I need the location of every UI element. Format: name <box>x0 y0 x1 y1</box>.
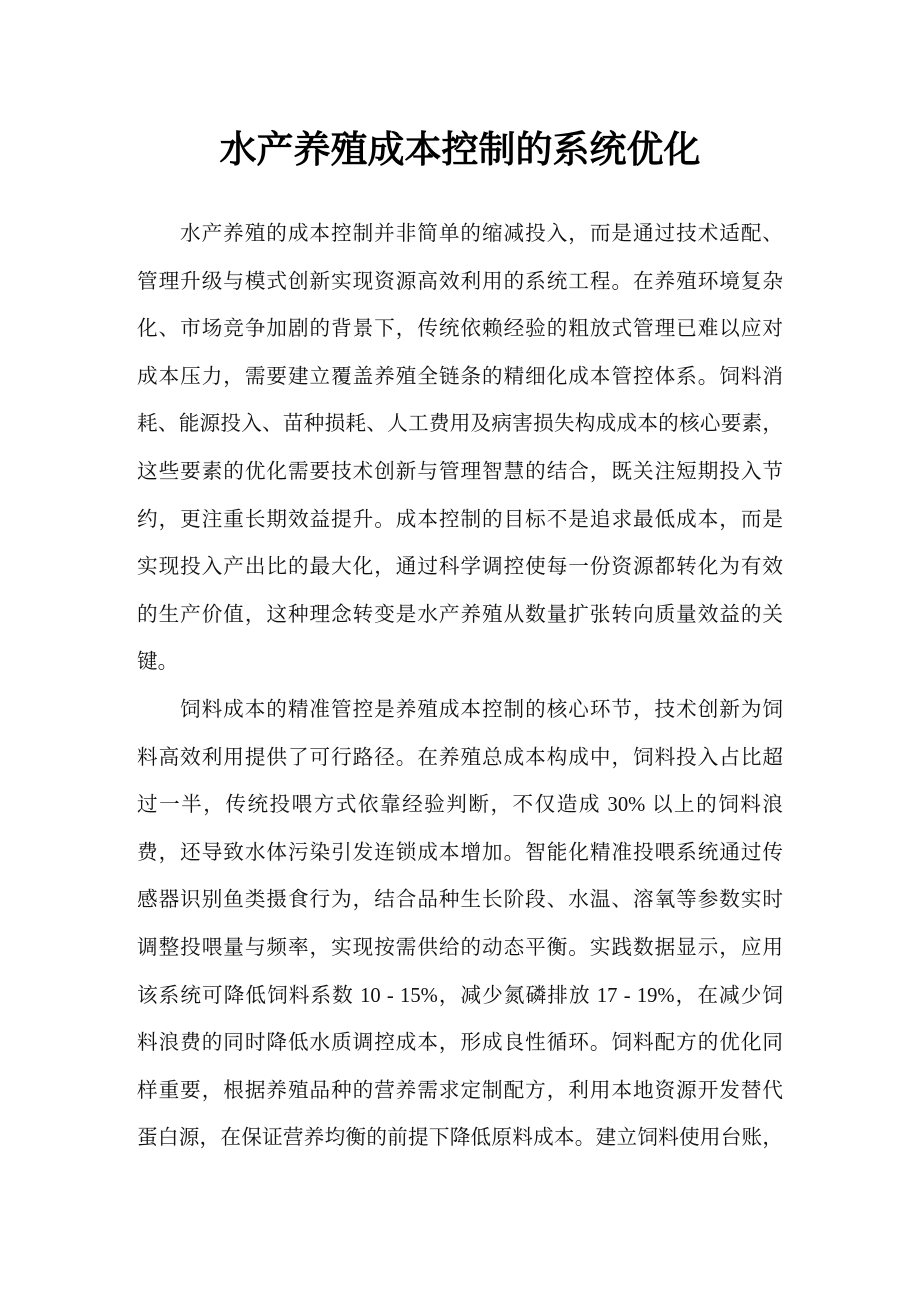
doc-line: 化、市场竞争加剧的背景下，传统依赖经验的粗放式管理已难以应对 <box>137 306 783 354</box>
doc-line: 耗、能源投入、苗种损耗、人工费用及病害损失构成成本的核心要素， <box>137 401 783 449</box>
doc-line: 该系统可降低饲料系数 10 - 15%，减少氮磷排放 17 - 19%，在减少饲 <box>137 973 783 1021</box>
doc-line: 样重要，根据养殖品种的营养需求定制配方，利用本地资源开发替代 <box>137 1068 783 1116</box>
doc-line: 这些要素的优化需要技术创新与管理智慧的结合，既关注短期投入节 <box>137 449 783 497</box>
doc-line: 水产养殖的成本控制并非简单的缩减投入，而是通过技术适配、 <box>137 211 783 259</box>
doc-line: 费，还导致水体污染引发连锁成本增加。智能化精准投喂系统通过传 <box>137 830 783 878</box>
doc-line: 成本压力，需要建立覆盖养殖全链条的精细化成本管控体系。饲料消 <box>137 354 783 402</box>
doc-line: 约，更注重长期效益提升。成本控制的目标不是追求最低成本，而是 <box>137 497 783 545</box>
doc-line: 料浪费的同时降低水质调控成本，形成良性循环。饲料配方的优化同 <box>137 1020 783 1068</box>
doc-line: 感器识别鱼类摄食行为，结合品种生长阶段、水温、溶氧等参数实时 <box>137 877 783 925</box>
doc-line: 蛋白源，在保证营养均衡的前提下降低原料成本。建立饲料使用台账， <box>137 1115 783 1163</box>
document-title: 水产养殖成本控制的系统优化 <box>0 0 920 174</box>
document-body: 水产养殖的成本控制并非简单的缩减投入，而是通过技术适配、 管理升级与模式创新实现… <box>137 211 783 1163</box>
doc-line: 调整投喂量与频率，实现按需供给的动态平衡。实践数据显示，应用 <box>137 925 783 973</box>
doc-line: 键。 <box>137 639 783 687</box>
doc-line: 管理升级与模式创新实现资源高效利用的系统工程。在养殖环境复杂 <box>137 259 783 307</box>
doc-line: 过一半，传统投喂方式依靠经验判断，不仅造成 30% 以上的饲料浪 <box>137 782 783 830</box>
document-page: 水产养殖成本控制的系统优化 水产养殖的成本控制并非简单的缩减投入，而是通过技术适… <box>0 0 920 1302</box>
doc-line: 的生产价值，这种理念转变是水产养殖从数量扩张转向质量效益的关 <box>137 592 783 640</box>
doc-line: 实现投入产出比的最大化，通过科学调控使每一份资源都转化为有效 <box>137 544 783 592</box>
doc-line: 料高效利用提供了可行路径。在养殖总成本构成中，饲料投入占比超 <box>137 735 783 783</box>
doc-line: 饲料成本的精准管控是养殖成本控制的核心环节，技术创新为饲 <box>137 687 783 735</box>
